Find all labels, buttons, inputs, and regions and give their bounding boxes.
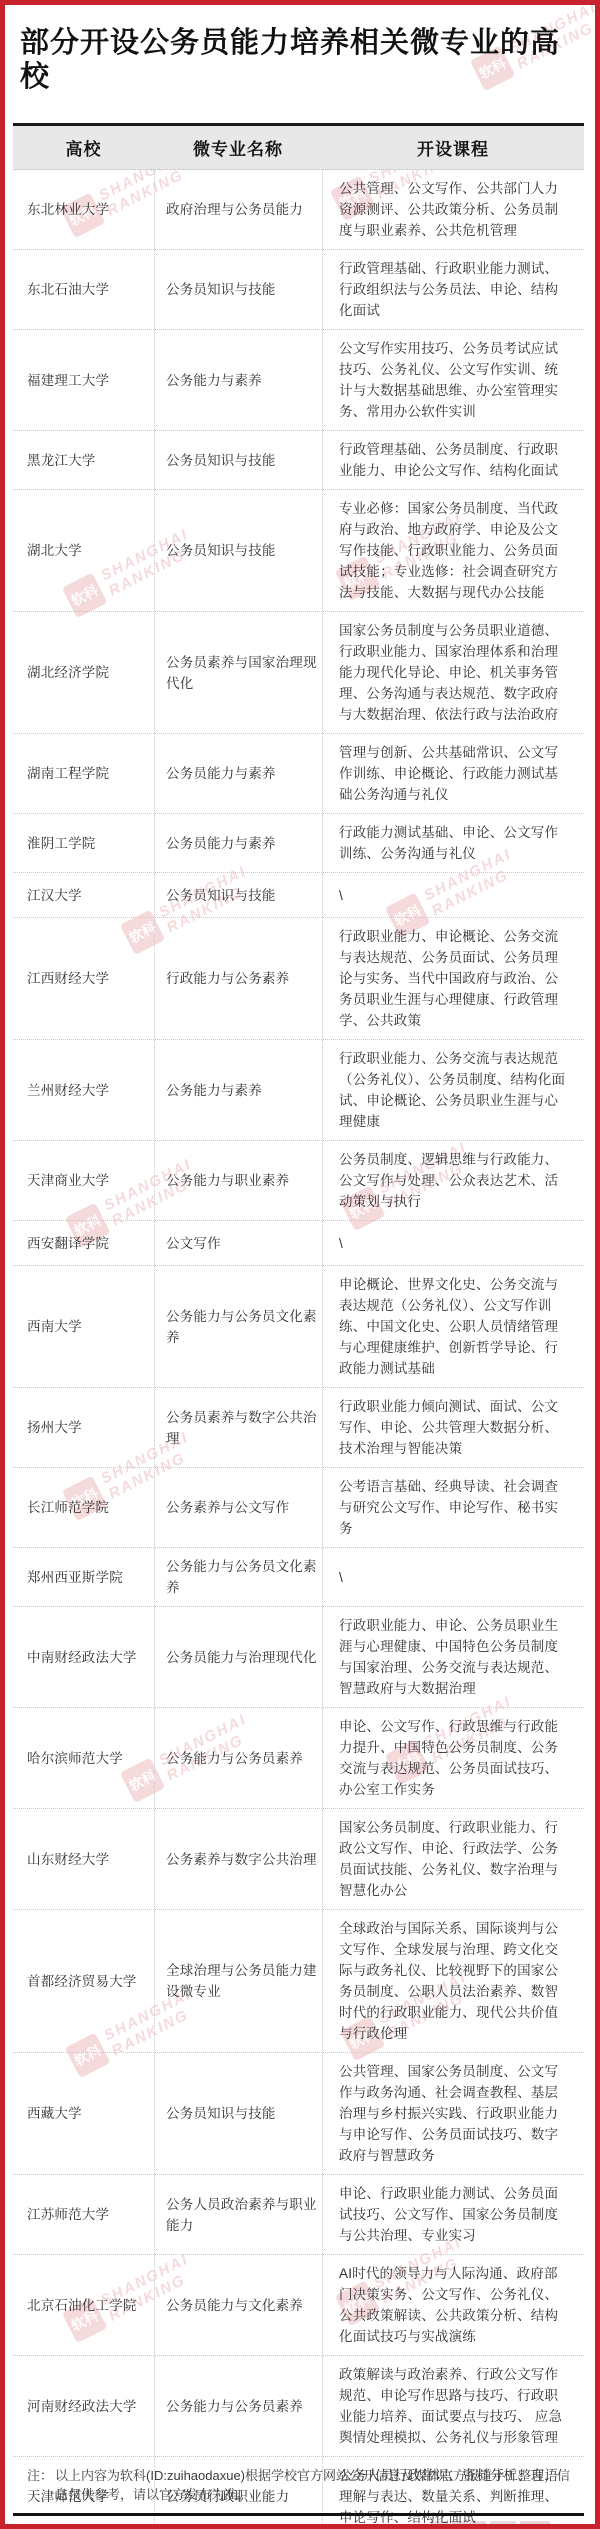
courses-cell: \ — [322, 873, 584, 917]
school-cell: 河南财经政法大学 — [13, 2356, 154, 2456]
courses-cell: \ — [322, 1548, 584, 1606]
school-cell: 山东财经大学 — [13, 1809, 154, 1909]
major-cell: 公务能力与公务员素养 — [154, 1708, 322, 1808]
table-row: 淮阴工学院 公务员能力与素养 行政能力测试基础、申论、公文写作训练、公务沟通与礼… — [13, 814, 584, 873]
school-cell: 首都经济贸易大学 — [13, 1910, 154, 2052]
table-row: 北京石油化工学院 公务员能力与文化素养 AI时代的领导力与人际沟通、政府部门决策… — [13, 2255, 584, 2356]
major-cell: 公务员知识与技能 — [154, 2053, 322, 2174]
header-school: 高校 — [13, 126, 154, 169]
major-cell: 公务员能力与素养 — [154, 734, 322, 813]
school-cell: 西南大学 — [13, 1266, 154, 1387]
school-cell: 哈尔滨师范大学 — [13, 1708, 154, 1808]
table-row: 天津商业大学 公务能力与职业素养 公务员制度、逻辑思维与行政能力、公文写作与处理… — [13, 1141, 584, 1221]
major-cell: 公文写作 — [154, 1221, 322, 1265]
courses-cell: 管理与创新、公共基础常识、公文写作训练、申论概论、行政能力测试基础公务沟通与礼仪 — [322, 734, 584, 813]
table-row: 江苏师范大学 公务人员政治素养与职业能力 申论、行政职业能力测试、公务员面试技巧… — [13, 2175, 584, 2255]
school-cell: 黑龙江大学 — [13, 431, 154, 489]
school-cell: 江苏师范大学 — [13, 2175, 154, 2254]
header-major: 微专业名称 — [154, 126, 322, 169]
table-row: 湖北大学 公务员知识与技能 专业必修：国家公务员制度、当代政府与政治、地方政府学… — [13, 490, 584, 612]
major-cell: 公务人员政治素养与职业能力 — [154, 2175, 322, 2254]
major-cell: 公务员素养与数字公共治理 — [154, 1388, 322, 1467]
courses-cell: 申论、公文写作、行政思维与行政能力提升、中国特色公务员制度、公务交流与表达规范、… — [322, 1708, 584, 1808]
school-cell: 西藏大学 — [13, 2053, 154, 2174]
table-row: 西南大学 公务能力与公务员文化素养 申论概论、世界文化史、公务交流与表达规范（公… — [13, 1266, 584, 1388]
school-cell: 天津商业大学 — [13, 1141, 154, 1220]
courses-cell: 行政能力测试基础、申论、公文写作训练、公务沟通与礼仪 — [322, 814, 584, 872]
table-row: 扬州大学 公务员素养与数字公共治理 行政职业能力倾向测试、面试、公文写作、申论、… — [13, 1388, 584, 1468]
courses-cell: 专业必修：国家公务员制度、当代政府与政治、地方政府学、申论及公文写作技能、行政职… — [322, 490, 584, 611]
major-cell: 政府治理与公务员能力 — [154, 170, 322, 249]
table-body: 东北林业大学 政府治理与公务员能力 公共管理、公文写作、公共部门人力资源测评、公… — [13, 170, 584, 2529]
major-cell: 公务能力与公务员文化素养 — [154, 1548, 322, 1606]
footnote-prefix: 注： — [27, 2466, 53, 2504]
courses-cell: 国家公务员制度与公务员职业道德、行政职业能力、国家治理体系和治理能力现代化导论、… — [322, 612, 584, 733]
table-row: 湖北经济学院 公务员素养与国家治理现代化 国家公务员制度与公务员职业道德、行政职… — [13, 612, 584, 734]
courses-cell: \ — [322, 1221, 584, 1265]
table-row: 山东财经大学 公务素养与数字公共治理 国家公务员制度、行政职业能力、行政公文写作… — [13, 1809, 584, 1910]
school-cell: 东北石油大学 — [13, 250, 154, 329]
school-cell: 江汉大学 — [13, 873, 154, 917]
courses-cell: 公共管理、公文写作、公共部门人力资源测评、公共政策分析、公务员制度与职业素养、公… — [322, 170, 584, 249]
table-row: 中南财经政法大学 公务员能力与治理现代化 行政职业能力、申论、公务员职业生涯与心… — [13, 1607, 584, 1708]
bottom-divider — [13, 2513, 584, 2516]
courses-cell: 行政职业能力、申论、公务员职业生涯与心理健康、中国特色公务员制度与国家治理、公务… — [322, 1607, 584, 1707]
courses-cell: 公文写作实用技巧、公务员考试应试技巧、公务礼仪、公文写作实训、统计与大数据基础思… — [322, 330, 584, 430]
table-row: 江汉大学 公务员知识与技能 \ — [13, 873, 584, 918]
major-cell: 公务员知识与技能 — [154, 250, 322, 329]
courses-cell: 申论、行政职业能力测试、公务员面试技巧、公文写作、国家公务员制度与公共治理、专业… — [322, 2175, 584, 2254]
major-cell: 公务员能力与文化素养 — [154, 2255, 322, 2355]
school-cell: 福建理工大学 — [13, 330, 154, 430]
courses-cell: 国家公务员制度、行政职业能力、行政公文写作、申论、行政法学、公务员面试技能、公务… — [322, 1809, 584, 1909]
major-cell: 公务能力与公务员文化素养 — [154, 1266, 322, 1387]
table-row: 首都经济贸易大学 全球治理与公务员能力建设微专业 全球政治与国际关系、国际谈判与… — [13, 1910, 584, 2053]
major-cell: 公务能力与职业素养 — [154, 1141, 322, 1220]
table-row: 西安翻译学院 公文写作 \ — [13, 1221, 584, 1266]
table-row: 东北石油大学 公务员知识与技能 行政管理基础、行政职业能力测试、行政组织法与公务… — [13, 250, 584, 330]
footnote-text: 以上内容为软科(ID:zuihaodaxue)根据学校官方网站公开信息及媒体官方… — [55, 2466, 578, 2504]
major-cell: 公务员素养与国家治理现代化 — [154, 612, 322, 733]
major-cell: 行政能力与公务素养 — [154, 918, 322, 1039]
table-row: 江西财经大学 行政能力与公务素养 行政职业能力、申论概论、公务交流与表达规范、公… — [13, 918, 584, 1040]
courses-cell: 申论概论、世界文化史、公务交流与表达规范（公务礼仪）、公文写作训练、中国文化史、… — [322, 1266, 584, 1387]
school-cell: 湖北大学 — [13, 490, 154, 611]
major-cell: 公务员能力与素养 — [154, 814, 322, 872]
courses-cell: 政策解读与政治素养、行政公文写作规范、申论写作思路与技巧、行政职业能力培养、面试… — [322, 2356, 584, 2456]
major-cell: 公务素养与公文写作 — [154, 1468, 322, 1547]
courses-cell: 行政职业能力、公务交流与表达规范（公务礼仪）、公务员制度、结构化面试、申论概论、… — [322, 1040, 584, 1140]
school-cell: 湖北经济学院 — [13, 612, 154, 733]
major-cell: 公务员知识与技能 — [154, 490, 322, 611]
header-courses: 开设课程 — [322, 126, 584, 169]
major-cell: 公务员知识与技能 — [154, 431, 322, 489]
school-cell: 湖南工程学院 — [13, 734, 154, 813]
table-row: 东北林业大学 政府治理与公务员能力 公共管理、公文写作、公共部门人力资源测评、公… — [13, 170, 584, 250]
school-cell: 西安翻译学院 — [13, 1221, 154, 1265]
courses-cell: 行政职业能力倾向测试、面试、公文写作、申论、公共管理大数据分析、技术治理与智能决… — [322, 1388, 584, 1467]
table-row: 西藏大学 公务员知识与技能 公共管理、国家公务员制度、公文写作与政务沟通、社会调… — [13, 2053, 584, 2175]
footnote: 注： 以上内容为软科(ID:zuihaodaxue)根据学校官方网站公开信息及媒… — [27, 2466, 578, 2504]
courses-cell: 公共管理、国家公务员制度、公文写作与政务沟通、社会调查教程、基层治理与乡村振兴实… — [322, 2053, 584, 2174]
major-cell: 公务能力与素养 — [154, 330, 322, 430]
major-cell: 公务能力与素养 — [154, 1040, 322, 1140]
school-cell: 扬州大学 — [13, 1388, 154, 1467]
courses-cell: 行政职业能力、申论概论、公务交流与表达规范、公务员面试、公务员理论与实务、当代中… — [322, 918, 584, 1039]
courses-cell: 公务员制度、逻辑思维与行政能力、公文写作与处理、公众表达艺术、活动策划与执行 — [322, 1141, 584, 1220]
school-cell: 东北林业大学 — [13, 170, 154, 249]
courses-cell: AI时代的领导力与人际沟通、政府部门决策实务、公文写作、公务礼仪、公共政策解读、… — [322, 2255, 584, 2355]
page-title: 部分开设公务员能力培养相关微专业的高校 — [20, 26, 580, 94]
major-cell: 全球治理与公务员能力建设微专业 — [154, 1910, 322, 2052]
table-header-row: 高校 微专业名称 开设课程 — [13, 123, 584, 170]
table-row: 兰州财经大学 公务能力与素养 行政职业能力、公务交流与表达规范（公务礼仪）、公务… — [13, 1040, 584, 1141]
school-cell: 兰州财经大学 — [13, 1040, 154, 1140]
school-cell: 郑州西亚斯学院 — [13, 1548, 154, 1606]
table-row: 黑龙江大学 公务员知识与技能 行政管理基础、公务员制度、行政职业能力、申论公文写… — [13, 431, 584, 490]
courses-cell: 公考语言基础、经典导读、社会调查与研究公文写作、申论写作、秘书实务 — [322, 1468, 584, 1547]
table-row: 长江师范学院 公务素养与公文写作 公考语言基础、经典导读、社会调查与研究公文写作… — [13, 1468, 584, 1548]
table-row: 哈尔滨师范大学 公务能力与公务员素养 申论、公文写作、行政思维与行政能力提升、中… — [13, 1708, 584, 1809]
table-row: 福建理工大学 公务能力与素养 公文写作实用技巧、公务员考试应试技巧、公务礼仪、公… — [13, 330, 584, 431]
table-row: 郑州西亚斯学院 公务能力与公务员文化素养 \ — [13, 1548, 584, 1607]
major-cell: 公务素养与数字公共治理 — [154, 1809, 322, 1909]
school-cell: 中南财经政法大学 — [13, 1607, 154, 1707]
school-cell: 淮阴工学院 — [13, 814, 154, 872]
courses-cell: 全球政治与国际关系、国际谈判与公文写作、全球发展与治理、跨文化交际与政务礼仪、比… — [322, 1910, 584, 2052]
data-table: 高校 微专业名称 开设课程 东北林业大学 政府治理与公务员能力 公共管理、公文写… — [13, 123, 584, 2529]
table-row: 湖南工程学院 公务员能力与素养 管理与创新、公共基础常识、公文写作训练、申论概论… — [13, 734, 584, 814]
courses-cell: 行政管理基础、行政职业能力测试、行政组织法与公务员法、申论、结构化面试 — [322, 250, 584, 329]
school-cell: 长江师范学院 — [13, 1468, 154, 1547]
courses-cell: 行政管理基础、公务员制度、行政职业能力、申论公文写作、结构化面试 — [322, 431, 584, 489]
major-cell: 公务员能力与治理现代化 — [154, 1607, 322, 1707]
school-cell: 江西财经大学 — [13, 918, 154, 1039]
major-cell: 公务员知识与技能 — [154, 873, 322, 917]
major-cell: 公务能力与公务员素养 — [154, 2356, 322, 2456]
school-cell: 北京石油化工学院 — [13, 2255, 154, 2355]
table-row: 河南财经政法大学 公务能力与公务员素养 政策解读与政治素养、行政公文写作规范、申… — [13, 2356, 584, 2457]
